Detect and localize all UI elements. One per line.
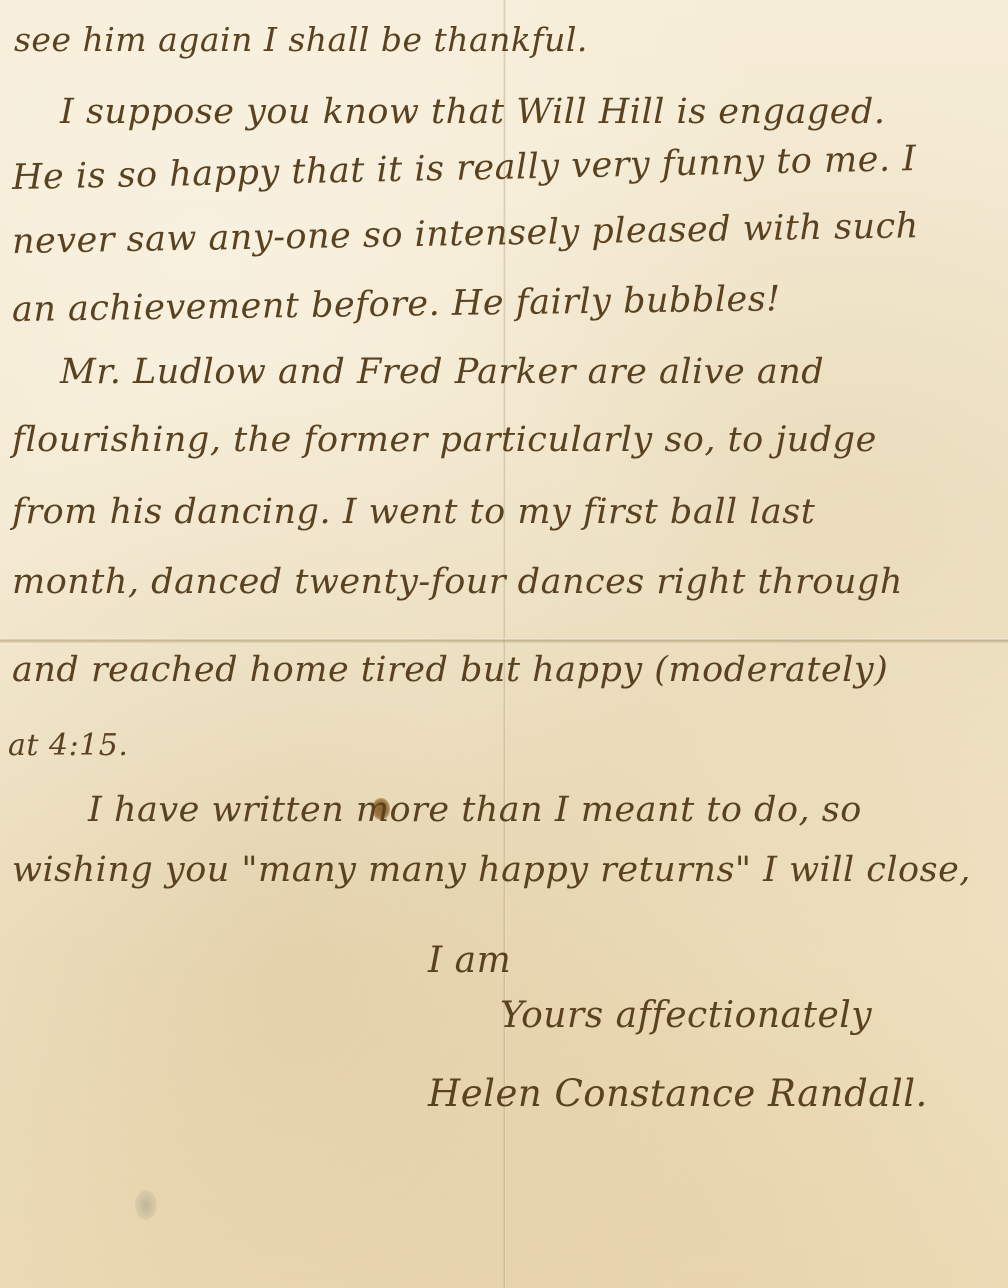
letter-line-3: He is so happy that it is really very fu…: [12, 139, 917, 198]
letter-line-8: from his dancing. I went to my first bal…: [12, 492, 815, 532]
letter-line-10: and reached home tired but happy (modera…: [12, 650, 888, 690]
horizontal-fold-crease: [0, 638, 1008, 643]
letter-line-5: an achievement before. He fairly bubbles…: [12, 279, 781, 330]
letter-line-7: flourishing, the former particularly so,…: [12, 420, 877, 460]
letter-line-5-text: an achievement before. He fairly bubbles…: [12, 279, 781, 330]
letter-line-9: month, danced twenty-four dances right t…: [12, 562, 903, 602]
letter-line-2: I suppose you know that Will Hill is eng…: [60, 92, 885, 132]
closing-i-am: I am: [428, 940, 511, 981]
letter-line-11: at 4:15.: [8, 728, 128, 763]
paper-smudge: [135, 1190, 157, 1220]
signature: Helen Constance Randall.: [428, 1072, 928, 1115]
closing-valediction: Yours affectionately: [500, 995, 872, 1036]
letter-line-13: wishing you "many many happy returns" I …: [12, 850, 971, 890]
letter-page: see him again I shall be thankful. I sup…: [0, 0, 1008, 1288]
letter-line-6: Mr. Ludlow and Fred Parker are alive and: [60, 352, 824, 392]
letter-line-4: never saw any-one so intensely pleased w…: [12, 206, 919, 262]
letter-line-12: I have written more than I meant to do, …: [88, 790, 862, 830]
letter-line-1: see him again I shall be thankful.: [14, 20, 588, 59]
